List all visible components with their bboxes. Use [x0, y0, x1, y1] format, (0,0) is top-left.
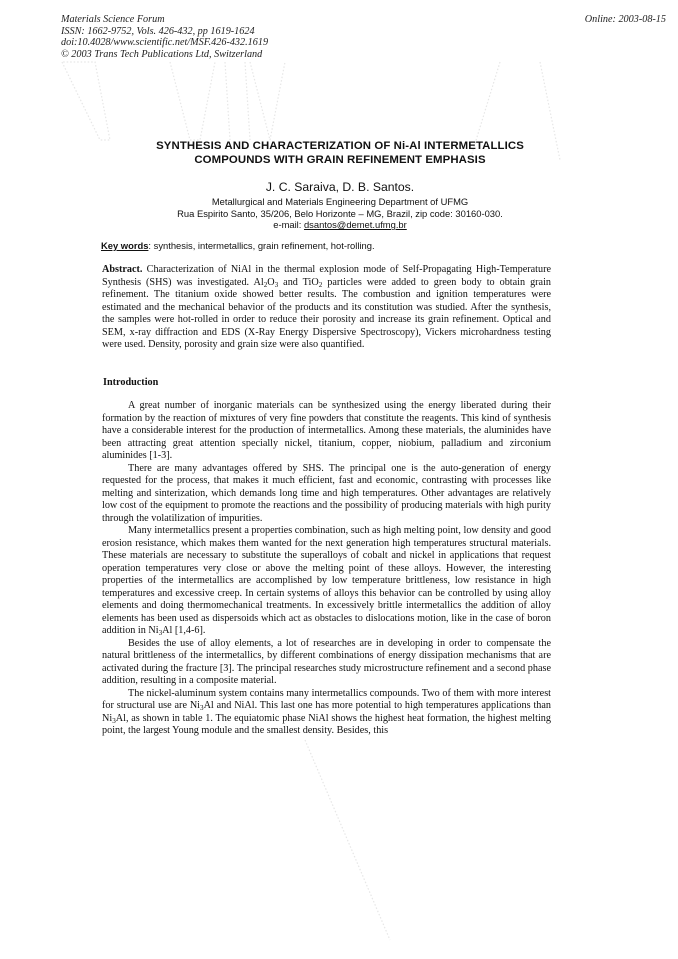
- paragraph-text: Al, as shown in table 1. The equiatomic …: [102, 713, 551, 737]
- introduction-body: A great number of inorganic materials ca…: [102, 400, 551, 738]
- section-heading-introduction: Introduction: [103, 377, 158, 388]
- affiliation: Metallurgical and Materials Engineering …: [100, 196, 580, 231]
- authors: J. C. Saraiva, D. B. Santos.: [100, 180, 580, 194]
- keywords-list: : synthesis, intermetallics, grain refin…: [148, 240, 374, 251]
- paragraph: The nickel-aluminum system contains many…: [102, 688, 551, 738]
- abstract-text: and TiO: [278, 277, 319, 288]
- keywords: Key words: synthesis, intermetallics, gr…: [101, 240, 375, 251]
- keywords-label: Key words: [101, 240, 148, 251]
- email-line: e-mail: dsantos@demet.ufmg.br: [100, 219, 580, 231]
- paragraph: Many intermetallics present a properties…: [102, 525, 551, 638]
- email-label: e-mail:: [273, 219, 304, 230]
- copyright-line: © 2003 Trans Tech Publications Ltd, Swit…: [61, 49, 268, 61]
- journal-name: Materials Science Forum: [61, 14, 268, 26]
- paragraph-text: Al [1,4-6].: [162, 625, 205, 636]
- abstract-text: O: [267, 277, 274, 288]
- journal-header: Materials Science Forum ISSN: 1662-9752,…: [61, 14, 268, 60]
- paragraph: A great number of inorganic materials ca…: [102, 400, 551, 463]
- title-line-2: COMPOUNDS WITH GRAIN REFINEMENT EMPHASIS: [100, 153, 580, 167]
- abstract: Abstract. Characterization of NiAl in th…: [102, 264, 551, 352]
- issn-line: ISSN: 1662-9752, Vols. 426-432, pp 1619-…: [61, 26, 268, 38]
- title-line-1: SYNTHESIS AND CHARACTERIZATION OF Ni-Al …: [100, 139, 580, 153]
- paragraph: There are many advantages offered by SHS…: [102, 463, 551, 526]
- online-date: Online: 2003-08-15: [585, 14, 666, 25]
- abstract-label: Abstract.: [102, 264, 142, 275]
- paragraph-text: Many intermetallics present a properties…: [102, 525, 551, 636]
- address: Rua Espirito Santo, 35/206, Belo Horizon…: [100, 208, 580, 220]
- department: Metallurgical and Materials Engineering …: [100, 196, 580, 208]
- paragraph: Besides the use of alloy elements, a lot…: [102, 638, 551, 688]
- doi-line[interactable]: doi:10.4028/www.scientific.net/MSF.426-4…: [61, 37, 268, 49]
- paper-title: SYNTHESIS AND CHARACTERIZATION OF Ni-Al …: [100, 139, 580, 167]
- email-link[interactable]: dsantos@demet.ufmg.br: [304, 219, 407, 230]
